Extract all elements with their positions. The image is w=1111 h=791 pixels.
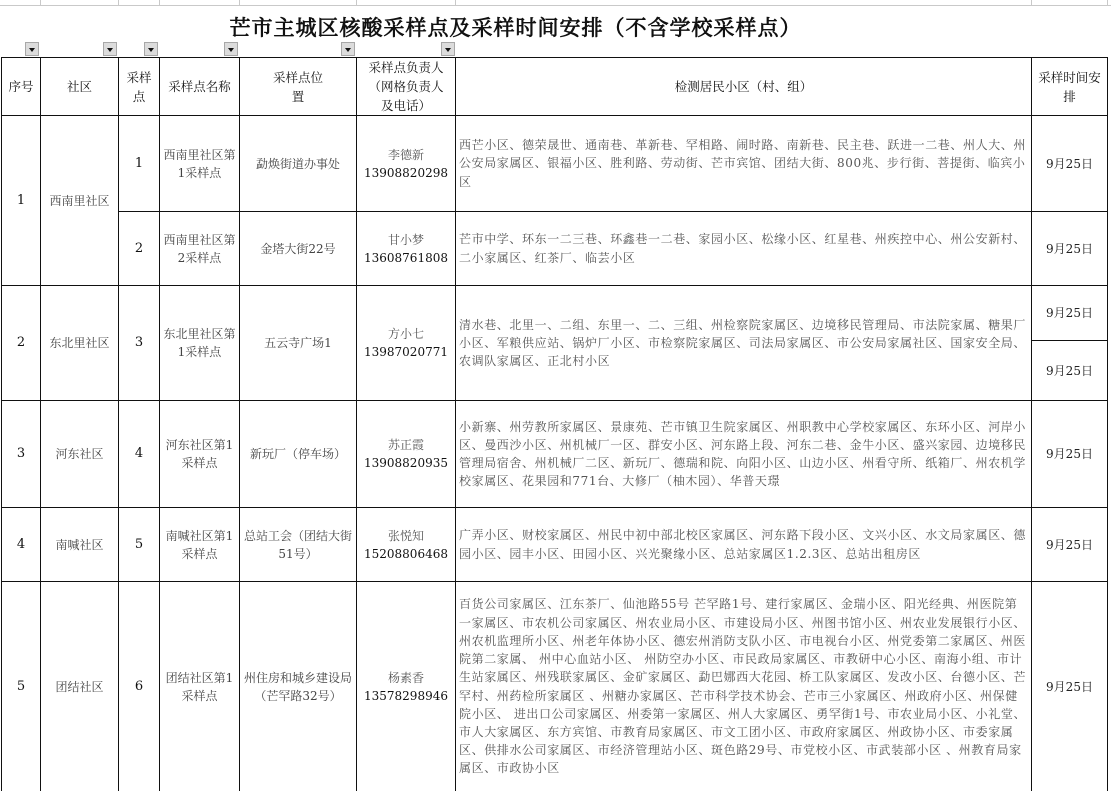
person-phone: 13608761808 [360, 249, 452, 267]
cell-site-no[interactable]: 5 [119, 508, 160, 582]
cell-schedule[interactable]: 9月25日 [1032, 286, 1108, 341]
cell-person[interactable]: 张悦知15208806468 [357, 508, 456, 582]
cell-schedule[interactable]: 9月25日 [1032, 401, 1108, 508]
cell-areas[interactable]: 清水巷、北里一、二组、东里一、二、三组、州检察院家属区、边境移民管理局、市法院家… [456, 286, 1032, 401]
filter-dropdown-site-no[interactable] [144, 42, 158, 56]
cell-areas[interactable]: 百货公司家属区、江东茶厂、仙池路55号 芒罕路1号、建行家属区、金瑞小区、阳光经… [456, 582, 1032, 791]
cell-areas[interactable]: 小新寨、州劳教所家属区、景康苑、芒市镇卫生院家属区、州职教中心学校家属区、东环小… [456, 401, 1032, 508]
cell-seq[interactable]: 5 [2, 582, 41, 791]
filter-dropdown-seq[interactable] [25, 42, 39, 56]
table-row: 5 团结社区 6 团结社区第1采样点 州住房和城乡建设局（芒罕路32号） 杨素香… [2, 582, 1108, 791]
header-row: 序号 社区 采样点 采样点名称 采样点位置 采样点负责人（网格负责人及电话） 检… [2, 58, 1108, 116]
filter-dropdown-site-name[interactable] [224, 42, 238, 56]
cell-site-no[interactable]: 1 [119, 116, 160, 212]
cell-site-name[interactable]: 团结社区第1采样点 [160, 582, 240, 791]
table-row: 3 河东社区 4 河东社区第1采样点 新玩厂（停车场） 苏正霞139088209… [2, 401, 1108, 508]
top-gridlines [0, 0, 1111, 6]
cell-site-location[interactable]: 五云寺广场1 [240, 286, 357, 401]
cell-community[interactable]: 团结社区 [41, 582, 119, 791]
cell-community[interactable]: 南喊社区 [41, 508, 119, 582]
cell-areas[interactable]: 西芒小区、德荣晟世、通南巷、革新巷、罕相路、闹时路、南新巷、民主巷、跃进一二巷、… [456, 116, 1032, 212]
person-name: 甘小梦 [388, 233, 424, 247]
cell-areas[interactable]: 广弄小区、财校家属区、州民中初中部北校区家属区、河东路下段小区、文兴小区、水文局… [456, 508, 1032, 582]
cell-schedule[interactable]: 9月25日 [1032, 116, 1108, 212]
cell-site-location[interactable]: 州住房和城乡建设局（芒罕路32号） [240, 582, 357, 791]
cell-site-location[interactable]: 勐焕街道办事处 [240, 116, 357, 212]
person-phone: 13987020771 [360, 343, 452, 361]
spreadsheet-view: 芒市主城区核酸采样点及采样时间安排（不含学校采样点） 序号 社区 采样点 采样点… [0, 0, 1111, 791]
cell-areas[interactable]: 芒市中学、环东一二三巷、环鑫巷一二巷、家园小区、松缘小区、红星巷、州疾控中心、州… [456, 212, 1032, 286]
cell-site-no[interactable]: 2 [119, 212, 160, 286]
header-schedule[interactable]: 采样时间安排 [1032, 58, 1108, 116]
header-site-name[interactable]: 采样点名称 [160, 58, 240, 116]
header-site-location[interactable]: 采样点位置 [240, 58, 357, 116]
cell-site-name[interactable]: 西南里社区第2采样点 [160, 212, 240, 286]
table-row: 1 西南里社区 1 西南里社区第1采样点 勐焕街道办事处 李德新13908820… [2, 116, 1108, 212]
person-phone: 15208806468 [360, 545, 452, 563]
person-name: 杨素香 [388, 671, 424, 685]
cell-person[interactable]: 杨素香13578298946 [357, 582, 456, 791]
person-name: 李德新 [388, 148, 424, 162]
header-seq[interactable]: 序号 [2, 58, 41, 116]
filter-dropdown-site-location[interactable] [341, 42, 355, 56]
cell-seq[interactable]: 1 [2, 116, 41, 286]
table-row: 4 南喊社区 5 南喊社区第1采样点 总站工会（团结大街51号） 张悦知1520… [2, 508, 1108, 582]
header-person[interactable]: 采样点负责人（网格负责人及电话） [357, 58, 456, 116]
cell-site-name[interactable]: 西南里社区第1采样点 [160, 116, 240, 212]
cell-community[interactable]: 河东社区 [41, 401, 119, 508]
cell-site-no[interactable]: 4 [119, 401, 160, 508]
sheet-title: 芒市主城区核酸采样点及采样时间安排（不含学校采样点） [0, 12, 1031, 42]
person-name: 方小七 [388, 327, 424, 341]
cell-person[interactable]: 李德新13908820298 [357, 116, 456, 212]
cell-site-no[interactable]: 6 [119, 582, 160, 791]
person-phone: 13908820298 [360, 164, 452, 182]
cell-person[interactable]: 甘小梦13608761808 [357, 212, 456, 286]
person-name: 张悦知 [388, 529, 424, 543]
header-areas[interactable]: 检测居民小区（村、组） [456, 58, 1032, 116]
cell-site-location[interactable]: 新玩厂（停车场） [240, 401, 357, 508]
cell-site-no[interactable]: 3 [119, 286, 160, 401]
cell-site-name[interactable]: 南喊社区第1采样点 [160, 508, 240, 582]
cell-community[interactable]: 东北里社区 [41, 286, 119, 401]
cell-seq[interactable]: 2 [2, 286, 41, 401]
cell-seq[interactable]: 4 [2, 508, 41, 582]
person-name: 苏正霞 [388, 438, 424, 452]
cell-schedule[interactable]: 9月25日 [1032, 582, 1108, 791]
filter-dropdown-community[interactable] [103, 42, 117, 56]
cell-site-name[interactable]: 东北里社区第1采样点 [160, 286, 240, 401]
cell-community[interactable]: 西南里社区 [41, 116, 119, 286]
sampling-schedule-table: 序号 社区 采样点 采样点名称 采样点位置 采样点负责人（网格负责人及电话） 检… [1, 57, 1108, 791]
cell-site-location[interactable]: 总站工会（团结大街51号） [240, 508, 357, 582]
cell-schedule[interactable]: 9月25日 [1032, 508, 1108, 582]
table-row: 2 西南里社区第2采样点 金塔大街22号 甘小梦13608761808 芒市中学… [2, 212, 1108, 286]
table-row: 2 东北里社区 3 东北里社区第1采样点 五云寺广场1 方小七139870207… [2, 286, 1108, 341]
header-site-no[interactable]: 采样点 [119, 58, 160, 116]
person-phone: 13908820935 [360, 454, 452, 472]
person-phone: 13578298946 [360, 687, 452, 705]
cell-schedule[interactable]: 9月25日 [1032, 212, 1108, 286]
filter-dropdown-person[interactable] [441, 42, 455, 56]
cell-seq[interactable]: 3 [2, 401, 41, 508]
cell-person[interactable]: 方小七13987020771 [357, 286, 456, 401]
cell-site-location[interactable]: 金塔大街22号 [240, 212, 357, 286]
header-community[interactable]: 社区 [41, 58, 119, 116]
cell-person[interactable]: 苏正霞13908820935 [357, 401, 456, 508]
cell-schedule[interactable]: 9月25日 [1032, 341, 1108, 401]
cell-site-name[interactable]: 河东社区第1采样点 [160, 401, 240, 508]
